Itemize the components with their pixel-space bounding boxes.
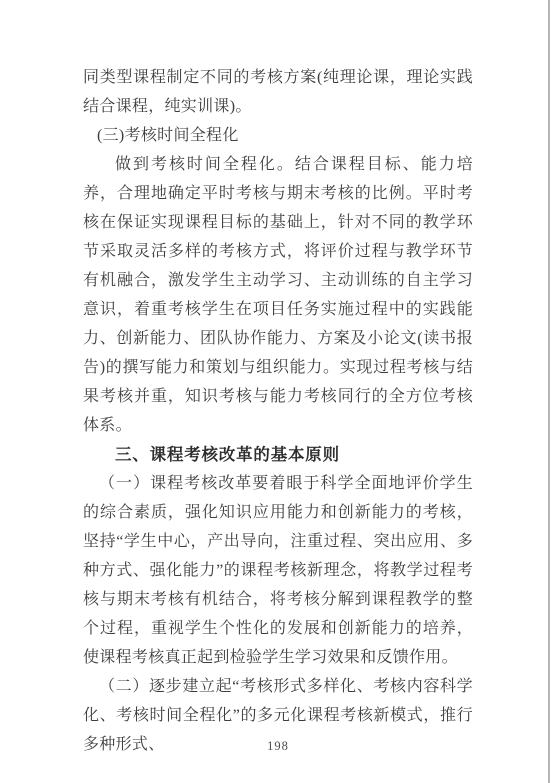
document-page: 同类型课程制定不同的考核方案(纯理论课，理论实践结合课程，纯实训课)。 (三)考… [0,0,554,783]
subheading-assessment-time: (三)考核时间全程化 [83,121,473,150]
section-heading-basic-principles: 三、课程考核改革的基本原则 [83,440,473,469]
page-footer: 198 [83,737,473,755]
page-number: 198 [267,739,289,753]
paragraph-continued: 同类型课程制定不同的考核方案(纯理论课，理论实践结合课程，纯实训课)。 [83,63,473,121]
paragraph-principle-1: （一）课程考核改革要着眼于科学全面地评价学生的综合素质，强化知识应用能力和创新能… [83,469,473,672]
page-body: 同类型课程制定不同的考核方案(纯理论课，理论实践结合课程，纯实训课)。 (三)考… [83,63,473,759]
paragraph-assessment-time: 做到考核时间全程化。结合课程目标、能力培养，合理地确定平时考核与期末考核的比例。… [83,150,473,440]
page-right-edge-line [548,0,550,783]
